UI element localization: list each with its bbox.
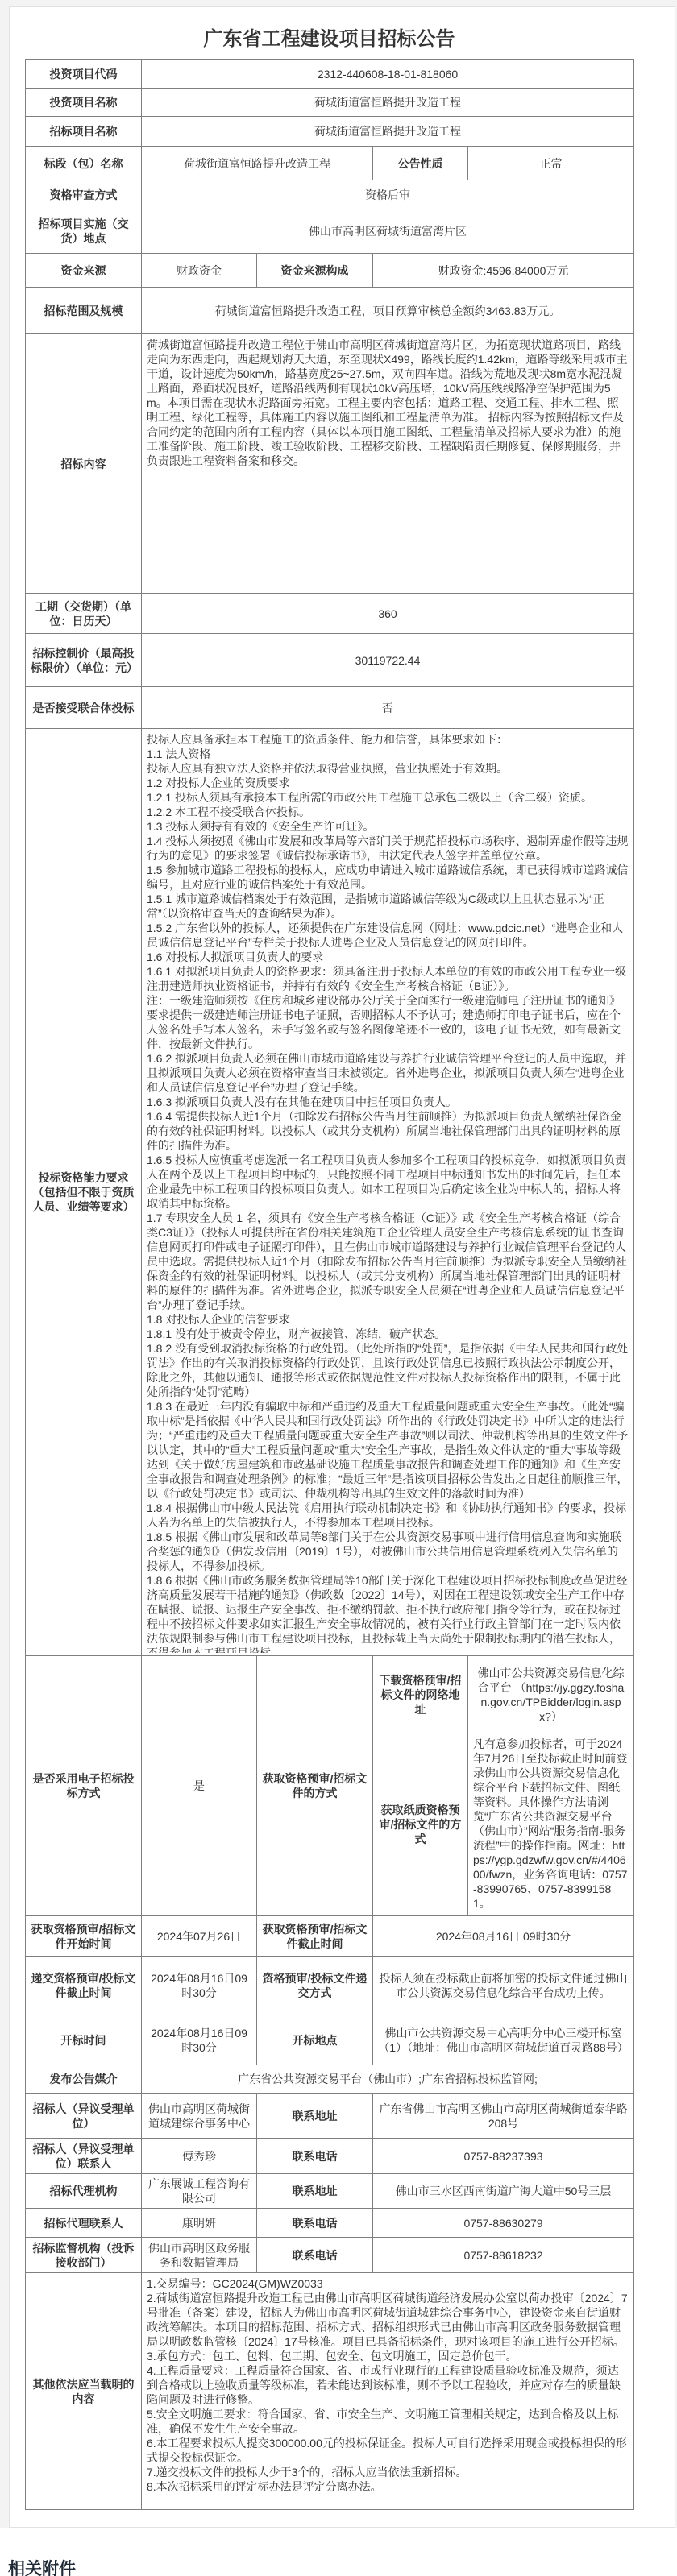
- download-address-value: 佛山市公共资源交易信息化综合平台 （https://jy.ggzy.foshan…: [468, 1656, 634, 1733]
- table-row: 递交资格预审/投标文件截止时间 2024年08月16日09时30分 资格预审/投…: [26, 1957, 634, 2015]
- table-row: 招标项目名称 荷城街道富恒路提升改造工程: [26, 117, 634, 147]
- funding-composition-label: 资金来源构成: [257, 254, 373, 288]
- tenderer-address-label: 联系地址: [257, 2094, 373, 2139]
- qualification-value: 投标人应具备承担本工程施工的资质条件、能力和信誉，具体要求如下： 1.1 法人资…: [147, 732, 629, 1653]
- below-panel-area: [0, 2528, 677, 2576]
- table-row: 招标范围及规模 荷城街道富恒路提升改造工程，项目预算审核总金额约3463.83万…: [26, 288, 634, 334]
- table-row: 招标项目实施（交货）地点 佛山市高明区荷城街道富湾片区: [26, 209, 634, 254]
- e-bidding-value: 是: [142, 1656, 257, 1916]
- other-content-value: 1.交易编号：GC2024(GM)WZ0033 2.荷城街道富恒路提升改造工程已…: [147, 2276, 629, 2507]
- agency-contact-label: 招标代理联系人: [26, 2209, 142, 2238]
- supervisor-value: 佛山市高明区政务服务和数据管理局: [142, 2238, 257, 2273]
- table-row: 标段（包）名称 荷城街道富恒路提升改造工程 公告性质 正常: [26, 147, 634, 180]
- doc-start-value: 2024年07月26日: [142, 1916, 257, 1957]
- media-value: 广东省公共资源交易平台（佛山市）;广东省招标投标监管网;: [142, 2065, 634, 2094]
- download-address-label: 下载资格预审/招标文件的网络地址: [373, 1656, 468, 1733]
- submission-method-label: 资格预审/投标文件递交方式: [257, 1957, 373, 2015]
- consortium-value: 否: [142, 687, 634, 729]
- opening-time-value: 2024年08月16日09时30分: [142, 2015, 257, 2065]
- attachments-heading: 相关附件: [8, 2559, 76, 2576]
- scope-label: 招标范围及规模: [26, 288, 142, 334]
- table-row: 工期（交货期）（单位：日历天） 360: [26, 594, 634, 634]
- tenderer-address-value: 广东省佛山市高明区佛山市高明区荷城街道泰华路208号: [373, 2094, 634, 2139]
- content-value: 荷城街道富恒路提升改造工程位于佛山市高明区荷城街道富湾片区，为拓宽现状道路项目，…: [147, 338, 629, 590]
- other-content-label: 其他依法应当载明的内容: [26, 2273, 142, 2510]
- table-row: 发布公告媒介 广东省公共资源交易平台（佛山市）;广东省招标投标监管网;: [26, 2065, 634, 2094]
- investment-code-value: 2312-440608-18-01-818060: [142, 60, 634, 89]
- prequalification-label: 资格审查方式: [26, 180, 142, 209]
- table-row: 招标代理联系人 康明妍 联系电话 0757-88630279: [26, 2209, 634, 2238]
- tenderer-phone-label: 联系电话: [257, 2139, 373, 2174]
- submission-method-value: 投标人须在投标截止前将加密的投标文件通过佛山市公共资源交易信息化综合平台成功上传…: [373, 1957, 634, 2015]
- table-row: 招标监督机构（投诉接收部门） 佛山市高明区政务服务和数据管理局 联系电话 075…: [26, 2238, 634, 2273]
- content-value-cell: 荷城街道富恒路提升改造工程位于佛山市高明区荷城街道富湾片区，为拓宽现状道路项目，…: [142, 334, 634, 594]
- location-label: 招标项目实施（交货）地点: [26, 209, 142, 254]
- investment-name-label: 投资项目名称: [26, 89, 142, 117]
- qualification-label: 投标资格能力要求（包括但不限于资质人员、业绩等要求）: [26, 729, 142, 1656]
- agency-phone-label: 联系电话: [257, 2209, 373, 2238]
- price-ceiling-label: 招标控制价（最高投标限价）（单位：元）: [26, 634, 142, 687]
- page: 广东省工程建设项目招标公告 投资项目代码 2312-440608-18-01-8…: [0, 0, 677, 2576]
- notice-nature-label: 公告性质: [373, 147, 468, 180]
- funding-value: 财政资金: [142, 254, 257, 288]
- tenderer-phone-value: 0757-88237393: [373, 2139, 634, 2174]
- announcement-table: 投资项目代码 2312-440608-18-01-818060 投资项目名称 荷…: [25, 59, 634, 2510]
- table-row: 招标代理机构 广东展诚工程咨询有限公司 联系地址 佛山市三水区西南街道广海大道中…: [26, 2174, 634, 2209]
- doc-end-value: 2024年08月16日 09时30分: [373, 1916, 634, 1957]
- tenderer-contact-value: 傅秀珍: [142, 2139, 257, 2174]
- table-row: 是否采用电子招标投标方式 是 获取资格预审/招标文件的方式 下载资格预审/招标文…: [26, 1656, 634, 1733]
- table-row: 招标控制价（最高投标限价）（单位：元） 30119722.44: [26, 634, 634, 687]
- qualification-value-cell: 投标人应具备承担本工程施工的资质条件、能力和信誉，具体要求如下： 1.1 法人资…: [142, 729, 634, 1656]
- tender-name-value: 荷城街道富恒路提升改造工程: [142, 117, 634, 147]
- other-content-value-cell: 1.交易编号：GC2024(GM)WZ0033 2.荷城街道富恒路提升改造工程已…: [142, 2273, 634, 2510]
- tenderer-contact-label: 招标人（异议受理单位）联系人: [26, 2139, 142, 2174]
- agency-label: 招标代理机构: [26, 2174, 142, 2209]
- opening-place-label: 开标地点: [257, 2015, 373, 2065]
- supervisor-phone-value: 0757-88618232: [373, 2238, 634, 2273]
- opening-place-value: 佛山市公共资源交易中心高明分中心三楼开标室（1）（地址：佛山市高明区荷城街道百灵…: [373, 2015, 634, 2065]
- table-row: 资金来源 财政资金 资金来源构成 财政资金:4596.84000万元: [26, 254, 634, 288]
- page-title: 广东省工程建设项目招标公告: [25, 27, 633, 52]
- content-label: 招标内容: [26, 334, 142, 594]
- table-row: 招标人（异议受理单位） 佛山市高明区荷城街道城建综合事务中心 联系地址 广东省佛…: [26, 2094, 634, 2139]
- investment-name-value: 荷城街道富恒路提升改造工程: [142, 89, 634, 117]
- funding-composition-value: 财政资金:4596.84000万元: [373, 254, 634, 288]
- agency-address-label: 联系地址: [257, 2174, 373, 2209]
- table-row: 开标时间 2024年08月16日09时30分 开标地点 佛山市公共资源交易中心高…: [26, 2015, 634, 2065]
- notice-nature-value: 正常: [468, 147, 634, 180]
- table-row: 获取资格预审/招标文件开始时间 2024年07月26日 获取资格预审/招标文件截…: [26, 1916, 634, 1957]
- investment-code-label: 投资项目代码: [26, 60, 142, 89]
- opening-time-label: 开标时间: [26, 2015, 142, 2065]
- agency-address-value: 佛山市三水区西南街道广海大道中50号三层: [373, 2174, 634, 2209]
- funding-label: 资金来源: [26, 254, 142, 288]
- announcement-panel: 广东省工程建设项目招标公告 投资项目代码 2312-440608-18-01-8…: [9, 6, 675, 2528]
- paper-method-label: 获取纸质资格预审/招标文件的方式: [373, 1733, 468, 1916]
- price-ceiling-value: 30119722.44: [142, 634, 634, 687]
- tenderer-label: 招标人（异议受理单位）: [26, 2094, 142, 2139]
- table-row: 投标资格能力要求（包括但不限于资质人员、业绩等要求） 投标人应具备承担本工程施工…: [26, 729, 634, 1656]
- agency-value: 广东展诚工程咨询有限公司: [142, 2174, 257, 2209]
- table-row: 投资项目名称 荷城街道富恒路提升改造工程: [26, 89, 634, 117]
- e-bidding-label: 是否采用电子招标投标方式: [26, 1656, 142, 1916]
- agency-contact-value: 康明妍: [142, 2209, 257, 2238]
- tenderer-value: 佛山市高明区荷城街道城建综合事务中心: [142, 2094, 257, 2139]
- duration-value: 360: [142, 594, 634, 634]
- table-row: 招标内容 荷城街道富恒路提升改造工程位于佛山市高明区荷城街道富湾片区，为拓宽现状…: [26, 334, 634, 594]
- location-value: 佛山市高明区荷城街道富湾片区: [142, 209, 634, 254]
- table-row: 投资项目代码 2312-440608-18-01-818060: [26, 60, 634, 89]
- supervisor-phone-label: 联系电话: [257, 2238, 373, 2273]
- table-row: 其他依法应当载明的内容 1.交易编号：GC2024(GM)WZ0033 2.荷城…: [26, 2273, 634, 2510]
- doc-method-label: 获取资格预审/招标文件的方式: [257, 1656, 373, 1916]
- section-value: 荷城街道富恒路提升改造工程: [142, 147, 373, 180]
- table-row: 是否接受联合体投标 否: [26, 687, 634, 729]
- table-row: 资格审查方式 资格后审: [26, 180, 634, 209]
- tender-name-label: 招标项目名称: [26, 117, 142, 147]
- section-label: 标段（包）名称: [26, 147, 142, 180]
- scope-value: 荷城街道富恒路提升改造工程，项目预算审核总金额约3463.83万元。: [142, 288, 634, 334]
- submission-deadline-value: 2024年08月16日09时30分: [142, 1957, 257, 2015]
- agency-phone-value: 0757-88630279: [373, 2209, 634, 2238]
- doc-start-label: 获取资格预审/招标文件开始时间: [26, 1916, 142, 1957]
- consortium-label: 是否接受联合体投标: [26, 687, 142, 729]
- submission-deadline-label: 递交资格预审/投标文件截止时间: [26, 1957, 142, 2015]
- media-label: 发布公告媒介: [26, 2065, 142, 2094]
- paper-method-value: 凡有意参加投标者，可于2024年7月26日至投标截止时间前登录佛山市公共资源交易…: [473, 1737, 629, 1913]
- table-row: 招标人（异议受理单位）联系人 傅秀珍 联系电话 0757-88237393: [26, 2139, 634, 2174]
- duration-label: 工期（交货期）（单位：日历天）: [26, 594, 142, 634]
- doc-end-label: 获取资格预审/招标文件截止时间: [257, 1916, 373, 1957]
- prequalification-value: 资格后审: [142, 180, 634, 209]
- supervisor-label: 招标监督机构（投诉接收部门）: [26, 2238, 142, 2273]
- paper-method-value-cell: 凡有意参加投标者，可于2024年7月26日至投标截止时间前登录佛山市公共资源交易…: [468, 1733, 634, 1916]
